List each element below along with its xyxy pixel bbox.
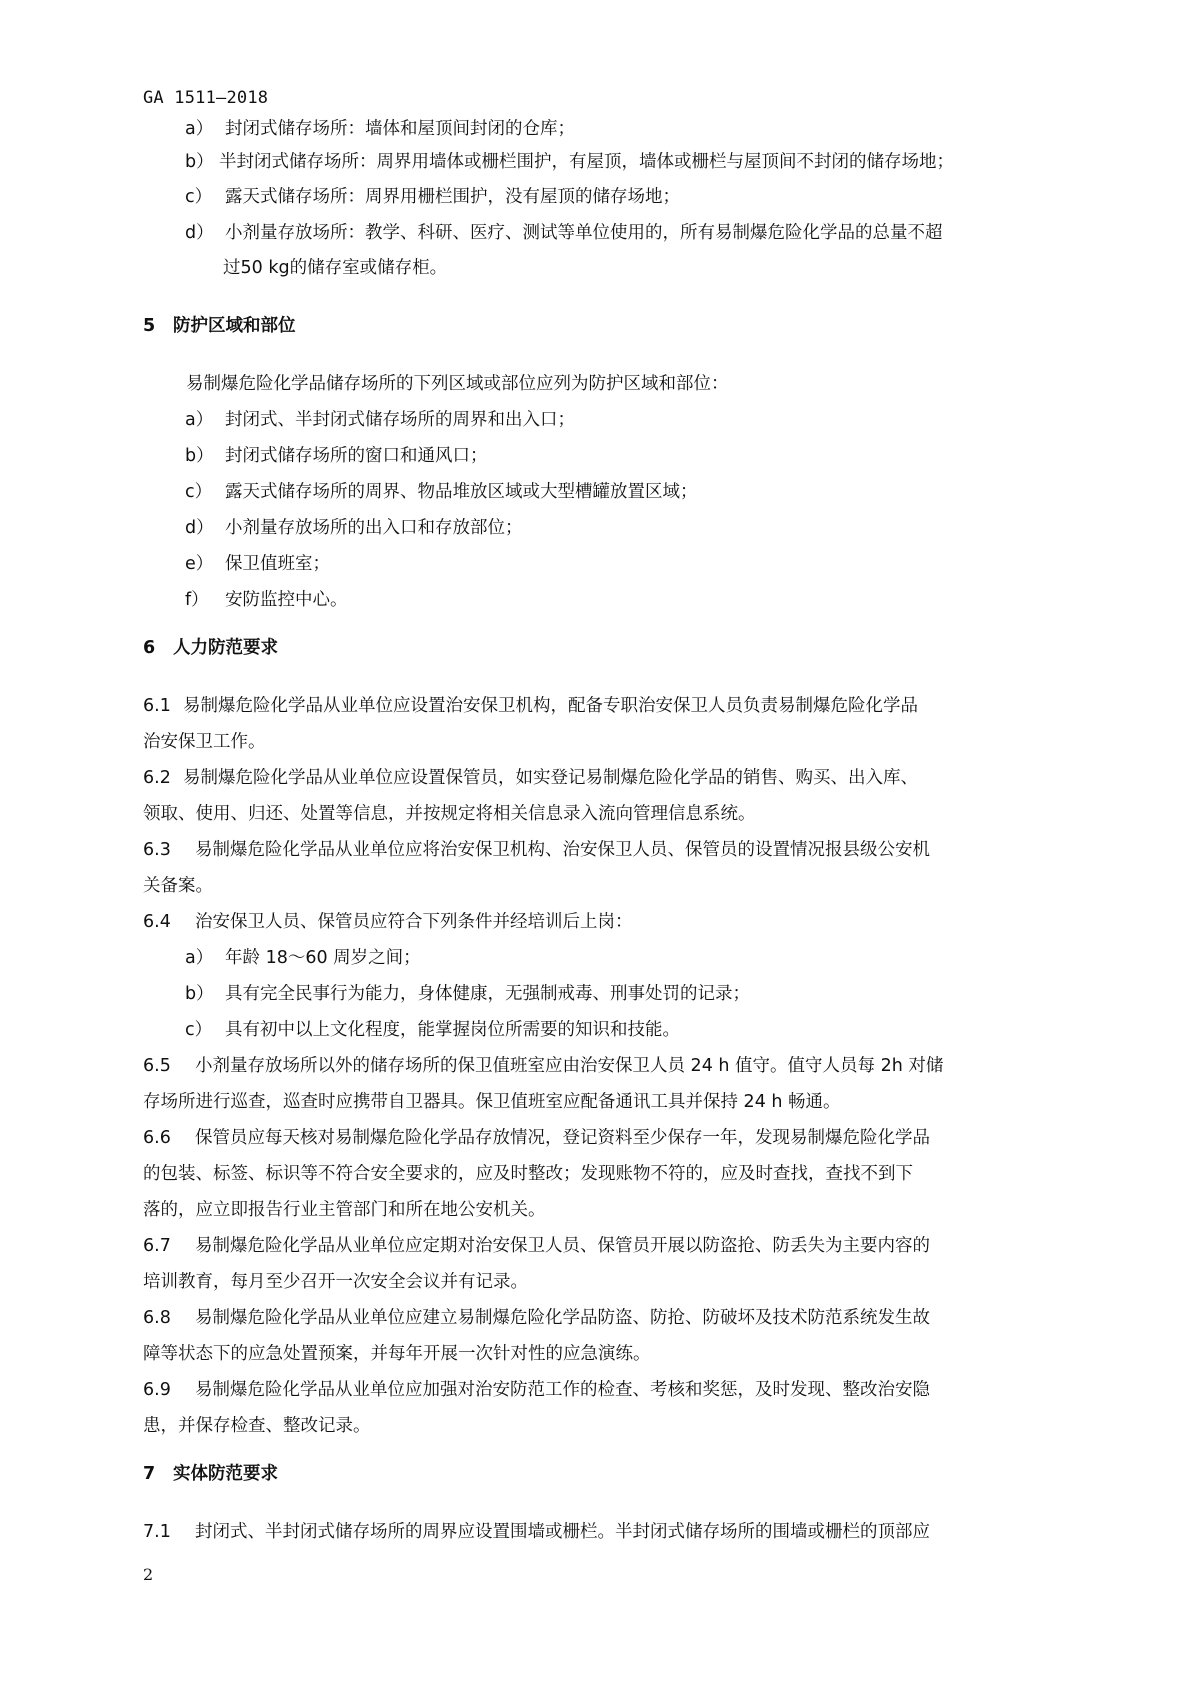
list-item: b）具有完全民事行为能力，身体健康，无强制戒毒、刑事处罚的记录； <box>185 983 750 1005</box>
list-item: d）小剂量存放场所：教学、科研、医疗、测试等单位使用的，所有易制爆危险化学品的总… <box>185 222 943 244</box>
list-item: c）露天式储存场所的周界、物品堆放区域或大型槽罐放置区域； <box>185 481 698 503</box>
clause-continuation: 培训教育，每月至少召开一次安全会议并有记录。 <box>143 1271 528 1293</box>
clause: 7.1封闭式、半封闭式储存场所的周界应设置围墙或栅栏。半封闭式储存场所的围墙或栅… <box>143 1521 930 1543</box>
list-item: a）年龄 18～60 周岁之间； <box>185 947 421 969</box>
list-item: e）保卫值班室； <box>185 553 330 575</box>
clause: 6.7易制爆危险化学品从业单位应定期对治安保卫人员、保管员开展以防盗抢、防丢失为… <box>143 1235 930 1257</box>
clause: 6.6保管员应每天核对易制爆危险化学品存放情况，登记资料至少保存一年，发现易制爆… <box>143 1127 930 1149</box>
list-item: b）封闭式储存场所的窗口和通风口； <box>185 445 488 467</box>
list-item: c）露天式储存场所：周界用栅栏围护，没有屋顶的储存场地； <box>185 186 680 208</box>
clause-continuation: 落的，应立即报告行业主管部门和所在地公安机关。 <box>143 1199 546 1221</box>
section-heading: 5防护区域和部位 <box>143 315 296 337</box>
list-item: c）具有初中以上文化程度，能掌握岗位所需要的知识和技能。 <box>185 1019 680 1041</box>
clause: 6.9易制爆危险化学品从业单位应加强对治安防范工作的检查、考核和奖惩，及时发现、… <box>143 1379 930 1401</box>
clause: 6.3易制爆危险化学品从业单位应将治安保卫机构、治安保卫人员、保管员的设置情况报… <box>143 839 930 861</box>
clause-continuation: 患，并保存检查、整改记录。 <box>143 1415 371 1437</box>
list-item: a）封闭式、半封闭式储存场所的周界和出入口； <box>185 409 575 431</box>
clause: 6.5小剂量存放场所以外的储存场所的保卫值班室应由治安保卫人员 24 h 值守。… <box>143 1055 943 1077</box>
list-item: a）封闭式储存场所：墙体和屋顶间封闭的仓库； <box>185 118 575 140</box>
clause-continuation: 的包装、标签、标识等不符合安全要求的，应及时整改；发现账物不符的，应及时查找，查… <box>143 1163 913 1185</box>
clause: 6.8易制爆危险化学品从业单位应建立易制爆危险化学品防盗、防抢、防破坏及技术防范… <box>143 1307 930 1329</box>
clause-continuation: 治安保卫工作。 <box>143 731 266 753</box>
clause-continuation: 障等状态下的应急处置预案，并每年开展一次针对性的应急演练。 <box>143 1343 651 1365</box>
clause: 6.4治安保卫人员、保管员应符合下列条件并经培训后上岗： <box>143 911 633 933</box>
section-heading: 7实体防范要求 <box>143 1463 278 1485</box>
section-heading: 6人力防范要求 <box>143 637 278 659</box>
standard-code-header: GA 1511—2018 <box>143 88 268 108</box>
clause-continuation: 领取、使用、归还、处置等信息，并按规定将相关信息录入流向管理信息系统。 <box>143 803 756 825</box>
page-number: 2 <box>143 1565 153 1584</box>
list-item: f）安防监控中心。 <box>185 589 348 611</box>
document-page: GA 1511—2018 a）封闭式储存场所：墙体和屋顶间封闭的仓库； b）半封… <box>0 0 1191 1684</box>
clause: 6.2易制爆危险化学品从业单位应设置保管员，如实登记易制爆危险化学品的销售、购买… <box>143 767 918 789</box>
clause: 6.1易制爆危险化学品从业单位应设置治安保卫机构，配备专职治安保卫人员负责易制爆… <box>143 695 918 717</box>
list-item: b）半封闭式储存场所：周界用墙体或栅栏围护，有屋顶，墙体或栅栏与屋顶间不封闭的储… <box>185 151 954 173</box>
clause-continuation: 关备案。 <box>143 875 213 897</box>
section-intro: 易制爆危险化学品储存场所的下列区域或部位应列为防护区域和部位： <box>186 373 729 395</box>
list-item-continuation: 过50 kg的储存室或储存柜。 <box>223 257 447 279</box>
list-item: d）小剂量存放场所的出入口和存放部位； <box>185 517 523 539</box>
clause-continuation: 存场所进行巡查，巡查时应携带自卫器具。保卫值班室应配备通讯工具并保持 24 h … <box>143 1091 841 1113</box>
